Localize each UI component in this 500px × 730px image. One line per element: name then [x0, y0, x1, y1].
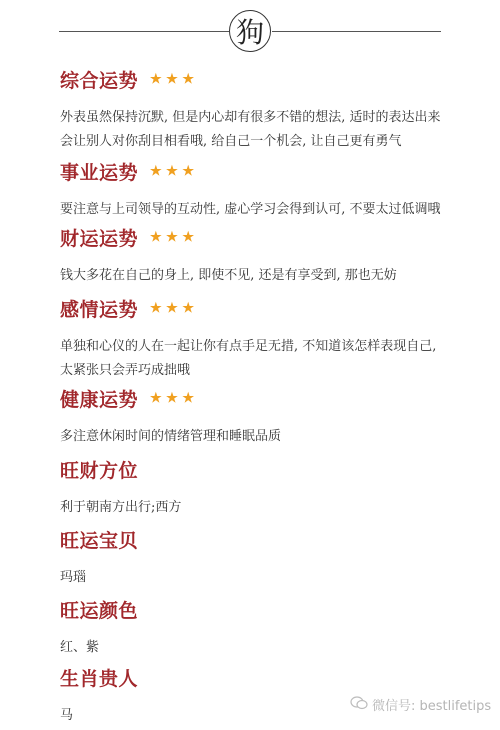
section-body: 外表虽然保持沉默, 但是内心却有很多不错的想法, 适时的表达出来会让别人对你刮目… [60, 106, 450, 154]
section-title-text: 感情运势 [60, 295, 138, 322]
star-icon: ★ [150, 302, 162, 315]
star-icon: ★ [182, 392, 194, 405]
section-body: 利于朝南方出行;西方 [60, 496, 450, 520]
star-icon: ★ [166, 73, 178, 86]
star-rating: ★ ★ ★ [150, 73, 194, 86]
section-love-fortune: 感情运势 ★ ★ ★ 单独和心仪的人在一起让你有点手足无措, 不知道该怎样表现自… [60, 295, 450, 383]
star-icon: ★ [150, 231, 162, 244]
section-title: 感情运势 ★ ★ ★ [60, 295, 450, 321]
section-health-fortune: 健康运势 ★ ★ ★ 多注意休闲时间的情绪管理和睡眠品质 [60, 385, 450, 449]
star-icon: ★ [182, 73, 194, 86]
section-body: 红、紫 [60, 636, 450, 660]
section-wealth-fortune: 财运运势 ★ ★ ★ 钱大多花在自己的身上, 即使不见, 还是有享受到, 那也无… [60, 224, 450, 288]
section-body: 单独和心仪的人在一起让你有点手足无措, 不知道该怎样表现自己, 太紧张只会弄巧成… [60, 335, 450, 383]
section-title: 事业运势 ★ ★ ★ [60, 158, 450, 184]
section-body: 多注意休闲时间的情绪管理和睡眠品质 [60, 425, 450, 449]
wechat-icon [350, 696, 368, 714]
star-icon: ★ [182, 231, 194, 244]
section-lucky-color: 旺运颜色 红、紫 [60, 596, 450, 660]
star-icon: ★ [166, 392, 178, 405]
star-icon: ★ [150, 165, 162, 178]
section-title: 综合运势 ★ ★ ★ [60, 66, 450, 92]
star-icon: ★ [150, 392, 162, 405]
section-title-text: 财运运势 [60, 224, 138, 251]
zodiac-badge: 狗 [229, 10, 271, 52]
star-icon: ★ [182, 165, 194, 178]
wechat-watermark: 微信号: bestlifetips [350, 695, 491, 714]
section-body: 玛瑙 [60, 566, 450, 590]
section-title-text: 旺财方位 [60, 456, 138, 483]
star-icon: ★ [166, 302, 178, 315]
section-title-text: 旺运颜色 [60, 596, 138, 623]
section-title-text: 旺运宝贝 [60, 526, 138, 553]
section-career-fortune: 事业运势 ★ ★ ★ 要注意与上司领导的互动性, 虚心学习会得到认可, 不要太过… [60, 158, 450, 222]
section-title: 旺财方位 [60, 456, 450, 482]
section-body: 要注意与上司领导的互动性, 虚心学习会得到认可, 不要太过低调哦 [60, 198, 450, 222]
star-icon: ★ [166, 165, 178, 178]
section-title: 生肖贵人 [60, 664, 450, 690]
section-lucky-treasure: 旺运宝贝 玛瑙 [60, 526, 450, 590]
section-title-text: 事业运势 [60, 158, 138, 185]
star-rating: ★ ★ ★ [150, 165, 194, 178]
divider-left [59, 31, 229, 32]
section-overall-fortune: 综合运势 ★ ★ ★ 外表虽然保持沉默, 但是内心却有很多不错的想法, 适时的表… [60, 66, 450, 154]
star-icon: ★ [182, 302, 194, 315]
watermark-text: 微信号: bestlifetips [372, 695, 491, 714]
divider-right [272, 31, 441, 32]
section-title: 旺运宝贝 [60, 526, 450, 552]
zodiac-header: 狗 [0, 0, 500, 60]
section-wealth-direction: 旺财方位 利于朝南方出行;西方 [60, 456, 450, 520]
section-title: 旺运颜色 [60, 596, 450, 622]
star-rating: ★ ★ ★ [150, 302, 194, 315]
star-rating: ★ ★ ★ [150, 231, 194, 244]
star-icon: ★ [166, 231, 178, 244]
section-title-text: 生肖贵人 [60, 664, 138, 691]
section-body: 钱大多花在自己的身上, 即使不见, 还是有享受到, 那也无妨 [60, 264, 450, 288]
section-title-text: 健康运势 [60, 385, 138, 412]
section-title: 财运运势 ★ ★ ★ [60, 224, 450, 250]
star-icon: ★ [150, 73, 162, 86]
star-rating: ★ ★ ★ [150, 392, 194, 405]
section-title: 健康运势 ★ ★ ★ [60, 385, 450, 411]
section-title-text: 综合运势 [60, 66, 138, 93]
